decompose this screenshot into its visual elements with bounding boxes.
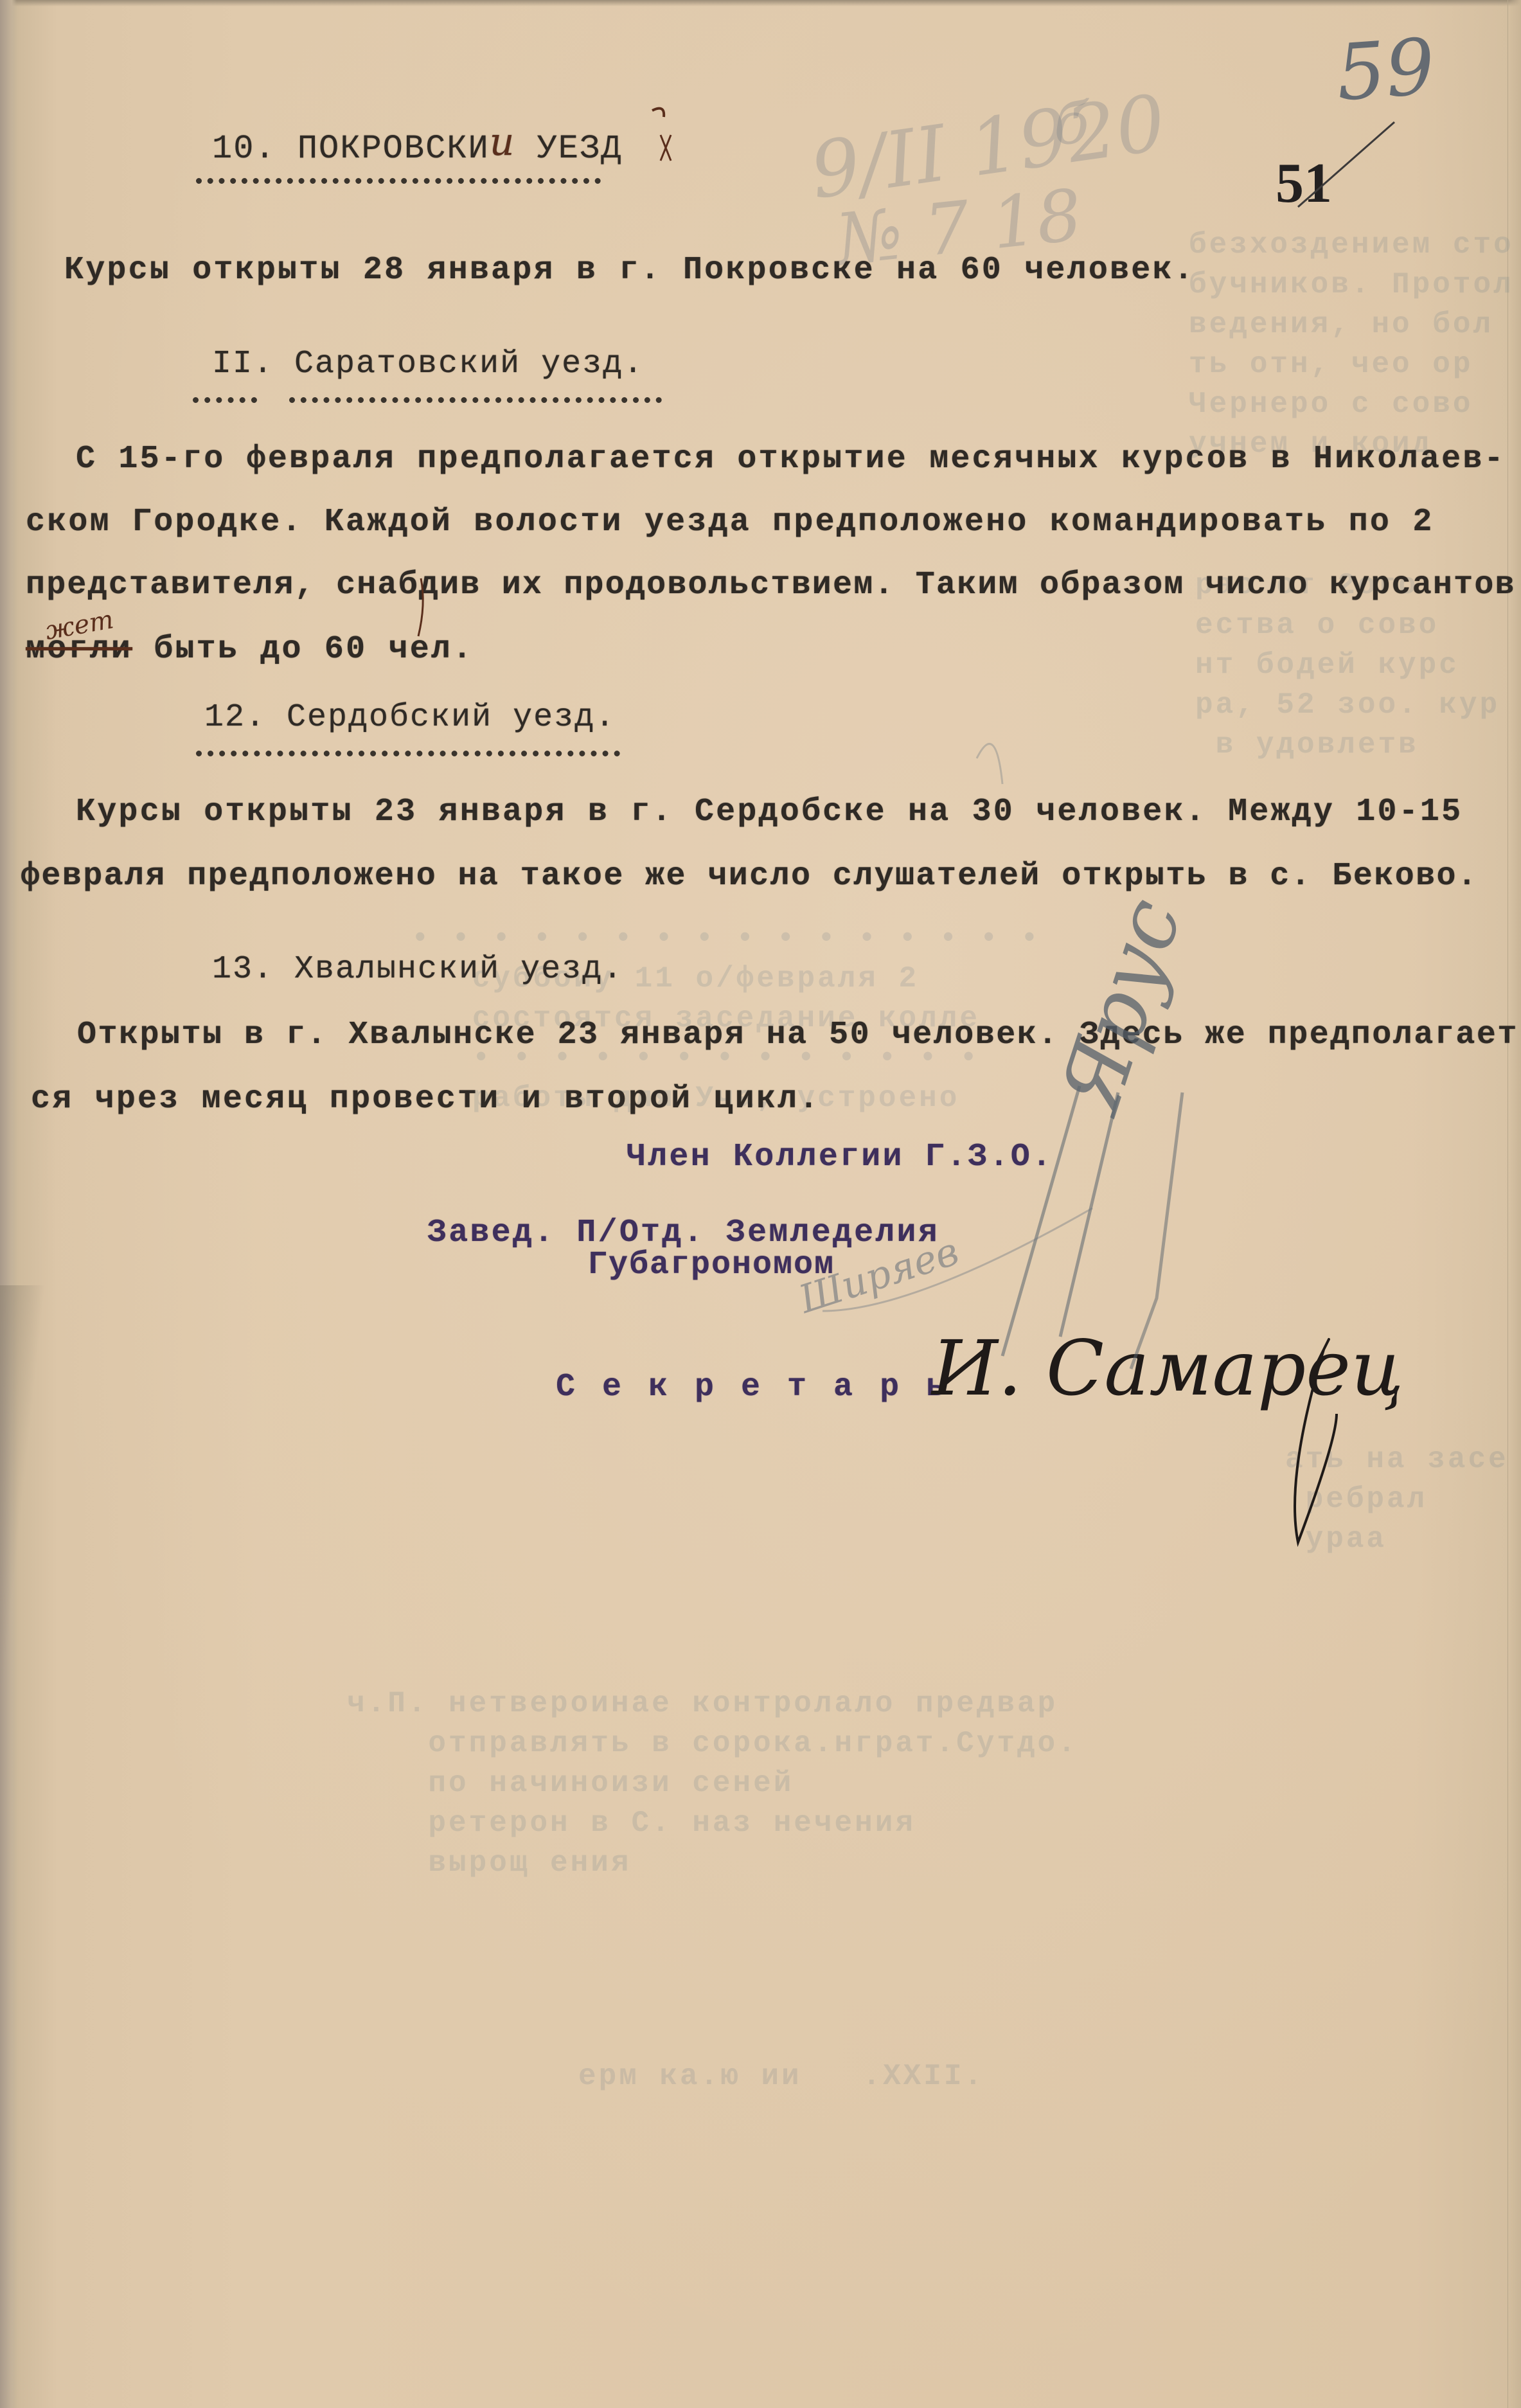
- secretary-title: С е к р е т а р ь: [556, 1369, 949, 1405]
- section-13-heading: 13. Хвалынский уезд.: [212, 951, 623, 988]
- section-13-paragraph-line-2: ся чрез месяц провести и второй цикл.: [31, 1081, 821, 1118]
- section-11-line-4-rest: быть до 60 чел.: [154, 631, 474, 668]
- bleed-through-lower: ч.П. нетвероинае контролало предвар отпр…: [347, 1684, 1078, 1883]
- bleed-through-right-top: безхоздением сто бучников. Протол ведени…: [1189, 225, 1514, 464]
- section-12-title: Сердобский уезд.: [287, 699, 616, 736]
- section-13-paragraph-line-1: Открыты в г. Хвалынске 23 января на 50 ч…: [77, 1017, 1521, 1053]
- section-11-title: Саратовский уезд.: [294, 346, 644, 382]
- section-11-paragraph-line-2: ском Городке. Каждой волости уезда предп…: [26, 504, 1434, 540]
- secretary-signature: И. Самарец: [932, 1324, 1403, 1413]
- section-12-underline: [196, 751, 620, 756]
- section-10-heading: 10. ПОКРОВСКИи УЕЗД: [212, 122, 622, 168]
- folio-handwritten: 59: [1333, 22, 1437, 118]
- section-11-paragraph-line-1: С 15-го февраля предполагается открытие …: [76, 441, 1506, 477]
- section-12-number: 12.: [204, 699, 266, 736]
- head-title-line-1: Завед. П/Отд. Земледелия: [427, 1215, 939, 1251]
- page-top-edge: [0, 0, 1521, 6]
- member-title: Член Коллегии Г.З.О.: [627, 1139, 1053, 1175]
- section-13-number: 13.: [212, 951, 274, 988]
- bleed-through-bottom: ерм ка.ю ии .XXII.: [578, 2056, 984, 2096]
- section-13-title: Хвалынский уезд.: [294, 951, 623, 988]
- section-10-paragraph-line-1: Курсы открыты 28 января в г. Покровске н…: [64, 252, 1195, 289]
- section-10-title-correction: и: [490, 120, 516, 165]
- section-10-number: 10.: [212, 130, 276, 168]
- bleed-through-right-lower: ать на засе ребрал ураа: [1285, 1440, 1509, 1559]
- section-11-underline: [193, 397, 257, 403]
- pencil-note-mark: б: [1054, 90, 1089, 157]
- section-11-paragraph-line-3: представителя, снабдив их продовольствие…: [26, 567, 1516, 603]
- section-11-number: II.: [212, 346, 274, 382]
- section-12-paragraph-line-2: февраля предположено на такое же число с…: [21, 858, 1478, 895]
- section-12-heading: 12. Сердобский уезд.: [204, 699, 616, 736]
- section-11-underline-2: [289, 397, 662, 403]
- folio-typed: 51: [1276, 151, 1332, 216]
- section-11-heading: II. Саратовский уезд.: [212, 346, 644, 382]
- section-10-title-typed: ПОКРОВСКИ: [298, 130, 490, 168]
- section-12-paragraph-line-1: Курсы открыты 23 января в г. Сердобске н…: [76, 794, 1463, 830]
- section-10-title-tail: УЕЗД: [537, 130, 623, 168]
- section-10-underline: [196, 178, 601, 184]
- page-binding-edge: [0, 0, 17, 2408]
